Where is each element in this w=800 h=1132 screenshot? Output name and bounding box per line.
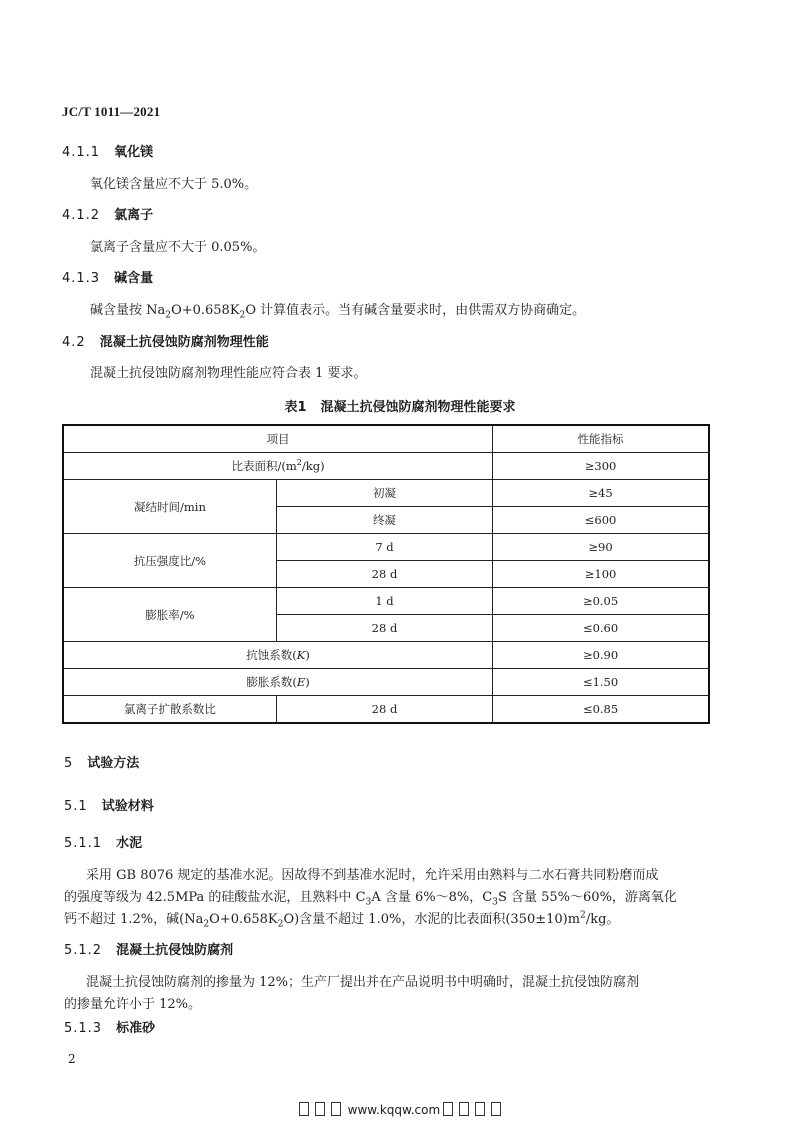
section-number: 5.1.3 — [64, 1021, 102, 1036]
text: 钙不超过 1.2%，碱(Na — [64, 912, 203, 927]
text: 比表面积/(m — [232, 459, 297, 473]
row-value: ≤600 — [493, 507, 709, 534]
standard-code: JC/T 1011—2021 — [62, 104, 160, 120]
row-sublabel: 初凝 — [276, 480, 492, 507]
row-value: ≥300 — [493, 453, 709, 480]
table-row: 氯离子扩散系数比 28 d ≤0.85 — [63, 696, 709, 724]
row-sublabel: 终凝 — [276, 507, 492, 534]
section-title: 标准砂 — [116, 1021, 155, 1036]
missing-glyph-icon — [459, 1102, 469, 1116]
missing-glyph-icon — [475, 1102, 485, 1116]
paragraph-4-2: 混凝土抗侵蚀防腐剂物理性能应符合表 1 要求。 — [90, 362, 367, 381]
heading-5-1-3: 5.1.3标准砂 — [64, 1017, 155, 1036]
text: 的强度等级为 42.5MPa 的硅酸盐水泥，且熟料中 C — [64, 890, 366, 905]
row-value: ≤1.50 — [493, 669, 709, 696]
text: A 含量 6%～8%，C — [371, 890, 492, 905]
header-item: 项目 — [63, 425, 493, 453]
table-number: 表1 — [284, 400, 306, 415]
missing-glyph-icon — [299, 1102, 309, 1116]
row-value: ≤0.60 — [493, 615, 709, 642]
section-title: 水泥 — [116, 836, 142, 851]
row-sublabel: 28 d — [276, 615, 492, 642]
row-label: 抗蚀系数(K) — [63, 642, 493, 669]
paragraph-5-1-2-line1: 混凝土抗侵蚀防腐剂的掺量为 12%；生产厂提出并在产品说明书中明确时，混凝土抗侵… — [86, 971, 639, 990]
paragraph-5-1-1-line3: 钙不超过 1.2%，碱(Na2O+0.658K2O)含量不超过 1.0%，水泥的… — [64, 908, 619, 930]
heading-5-1: 5.1试验材料 — [64, 795, 154, 814]
footer-watermark: www.kqqw.com — [0, 1102, 800, 1117]
section-number: 4.1.1 — [62, 145, 100, 160]
table-row: 膨胀率/% 1 d ≥0.05 — [63, 588, 709, 615]
section-title: 碱含量 — [114, 271, 153, 286]
paragraph-5-1-1-line2: 的强度等级为 42.5MPa 的硅酸盐水泥，且熟料中 C3A 含量 6%～8%，… — [64, 886, 677, 908]
heading-4-1-2: 4.1.2氯离子 — [62, 204, 153, 223]
heading-4-1-1: 4.1.1氧化镁 — [62, 141, 153, 160]
section-number: 4.2 — [62, 335, 86, 350]
table-row: 抗蚀系数(K) ≥0.90 — [63, 642, 709, 669]
row-label: 比表面积/(m2/kg) — [63, 453, 493, 480]
heading-5-1-2: 5.1.2混凝土抗侵蚀防腐剂 — [64, 939, 233, 958]
row-sublabel: 28 d — [276, 696, 492, 724]
paragraph-5-1-2-line2: 的掺量允许小于 12%。 — [64, 993, 201, 1012]
section-number: 5 — [64, 756, 73, 771]
text: ) — [305, 675, 310, 689]
section-title: 氧化镁 — [114, 145, 153, 160]
section-title: 试验方法 — [87, 756, 139, 771]
text: 膨胀系数( — [246, 675, 297, 689]
row-sublabel: 28 d — [276, 561, 492, 588]
header-spec: 性能指标 — [493, 425, 709, 453]
heading-4-1-3: 4.1.3碱含量 — [62, 267, 153, 286]
table-row: 膨胀系数(E) ≤1.50 — [63, 669, 709, 696]
row-label: 抗压强度比/% — [63, 534, 276, 588]
heading-5-1-1: 5.1.1水泥 — [64, 832, 142, 851]
row-label: 氯离子扩散系数比 — [63, 696, 276, 724]
table-row: 比表面积/(m2/kg) ≥300 — [63, 453, 709, 480]
missing-glyph-icon — [443, 1102, 453, 1116]
missing-glyph-icon — [491, 1102, 501, 1116]
table-row: 凝结时间/min 初凝 ≥45 — [63, 480, 709, 507]
text: 抗蚀系数( — [246, 648, 297, 662]
table-caption: 混凝土抗侵蚀防腐剂物理性能要求 — [321, 400, 516, 415]
text: O)含量不超过 1.0%，水泥的比表面积(350±10)m — [283, 912, 580, 927]
heading-5: 5试验方法 — [64, 752, 139, 771]
section-title: 混凝土抗侵蚀防腐剂 — [116, 943, 233, 958]
row-value: ≥45 — [493, 480, 709, 507]
paragraph-4-1-1: 氧化镁含量应不大于 5.0%。 — [90, 173, 257, 192]
table-header-row: 项目 性能指标 — [63, 425, 709, 453]
missing-glyph-icon — [315, 1102, 325, 1116]
text: /kg) — [302, 459, 325, 473]
page-number: 2 — [68, 1052, 76, 1066]
text: S 含量 55%～60%，游离氧化 — [498, 890, 677, 905]
text: ) — [305, 648, 310, 662]
section-number: 4.1.3 — [62, 271, 100, 286]
row-label: 凝结时间/min — [63, 480, 276, 534]
table-title: 表1混凝土抗侵蚀防腐剂物理性能要求 — [0, 396, 800, 415]
row-value: ≥0.05 — [493, 588, 709, 615]
text: O 计算值表示。当有碱含量要求时，由供需双方协商确定。 — [245, 303, 585, 318]
text: /kg。 — [586, 912, 620, 927]
missing-glyph-icon — [331, 1102, 341, 1116]
row-value: ≥90 — [493, 534, 709, 561]
paragraph-4-1-3: 碱含量按 Na2O+0.658K2O 计算值表示。当有碱含量要求时，由供需双方协… — [90, 299, 585, 321]
heading-4-2: 4.2混凝土抗侵蚀防腐剂物理性能 — [62, 331, 269, 350]
row-sublabel: 7 d — [276, 534, 492, 561]
row-label: 膨胀率/% — [63, 588, 276, 642]
row-sublabel: 1 d — [276, 588, 492, 615]
paragraph-4-1-2: 氯离子含量应不大于 0.05%。 — [90, 236, 265, 255]
row-value: ≥0.90 — [493, 642, 709, 669]
paragraph-5-1-1-line1: 采用 GB 8076 规定的基准水泥。因故得不到基准水泥时，允许采用由熟料与二水… — [86, 864, 658, 883]
section-title: 混凝土抗侵蚀防腐剂物理性能 — [100, 335, 269, 350]
section-number: 5.1 — [64, 799, 88, 814]
section-title: 氯离子 — [114, 208, 153, 223]
row-value: ≥100 — [493, 561, 709, 588]
watermark-url: www.kqqw.com — [348, 1103, 441, 1117]
requirements-table: 项目 性能指标 比表面积/(m2/kg) ≥300 凝结时间/min 初凝 ≥4… — [62, 424, 710, 724]
row-value: ≤0.85 — [493, 696, 709, 724]
variable: E — [297, 675, 305, 689]
section-number: 5.1.2 — [64, 943, 102, 958]
text: O+0.658K — [209, 912, 277, 927]
section-number: 4.1.2 — [62, 208, 100, 223]
text: 碱含量按 Na — [90, 303, 165, 318]
section-number: 5.1.1 — [64, 836, 102, 851]
section-title: 试验材料 — [102, 799, 154, 814]
row-label: 膨胀系数(E) — [63, 669, 493, 696]
text: O+0.658K — [171, 303, 239, 318]
table-row: 抗压强度比/% 7 d ≥90 — [63, 534, 709, 561]
